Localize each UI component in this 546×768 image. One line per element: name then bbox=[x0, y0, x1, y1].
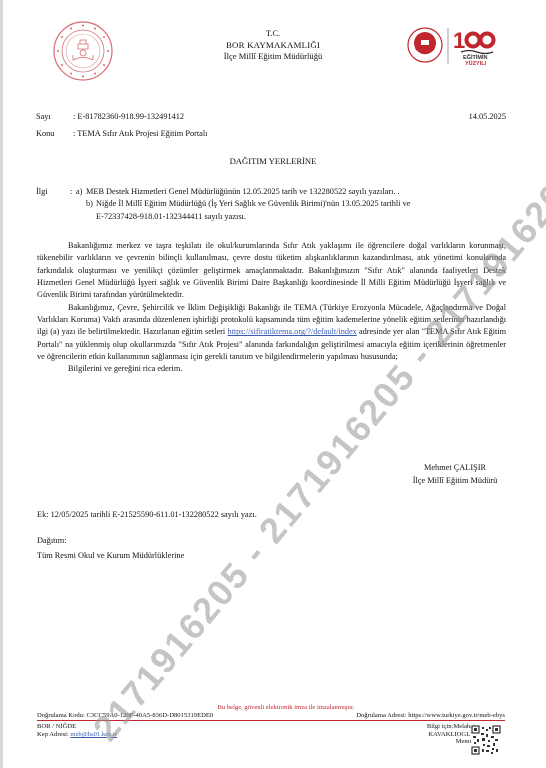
document-footer: Bu belge, güvenli elektronik imza ile im… bbox=[37, 704, 505, 738]
document-meta: Sayı : E-81782360-918.99-132491412 Konu … bbox=[36, 109, 506, 142]
ilgi-item-a: a) MEB Destek Hizmetleri Genel Müdürlüğü… bbox=[76, 186, 506, 198]
verification-address[interactable]: Doğrulama Adresi: https://www.turkiye.go… bbox=[356, 712, 505, 720]
ilgi-item-b: b) Niğde İl Millî Eğitim Müdürlüğü (İş Y… bbox=[86, 198, 506, 210]
document-date: 14.05.2025 bbox=[469, 109, 506, 126]
konu-value: : TEMA Sıfır Atık Projesi Eğitim Portalı bbox=[73, 126, 207, 143]
signatory-name: Mehmet ÇALIŞIR bbox=[360, 462, 546, 475]
distribution-label: Dağıtım: bbox=[37, 533, 184, 548]
konu-label: Konu bbox=[36, 126, 73, 143]
distribution-recipient: Tüm Resmi Okul ve Kurum Müdürlüklerine bbox=[37, 548, 184, 563]
ilgi-label: İlgi bbox=[36, 186, 48, 198]
signature-block: Mehmet ÇALIŞIR İlçe Millî Eğitim Müdürü bbox=[360, 462, 546, 487]
svg-text:EĞİTİMİN: EĞİTİMİN bbox=[463, 53, 487, 61]
distribution-title: DAĞITIM YERLERİNE bbox=[0, 156, 546, 166]
body-paragraph-3: Bilgilerini ve gereğini rica ederim. bbox=[37, 363, 506, 375]
verification-row: Doğrulama Kodu: C3CC59A0-120F-40A5-836D-… bbox=[37, 712, 505, 722]
contact-info-line-3: Memur bbox=[427, 738, 475, 746]
tema-portal-link[interactable]: https://sifiratiktema.org/?/default/inde… bbox=[227, 327, 356, 336]
page-edge bbox=[0, 0, 3, 768]
contact-info-line-2: KAVAKLIOGLU bbox=[427, 731, 475, 739]
ilgi-text-a: MEB Destek Hizmetleri Genel Müdürlüğünün… bbox=[86, 186, 400, 198]
sayi-value: : E-81782360-918.99-132491412 bbox=[73, 109, 184, 126]
verification-code: Doğrulama Kodu: C3CC59A0-120F-40A5-836D-… bbox=[37, 712, 213, 720]
body-paragraph-2: Bakanlığımız, Çevre, Şehircilik ve İklim… bbox=[37, 302, 506, 364]
ilgi-text-b: Niğde İl Millî Eğitim Müdürlüğü (İş Yeri… bbox=[96, 198, 410, 210]
ilgi-key-a: a) bbox=[76, 186, 86, 198]
qr-code-icon bbox=[471, 725, 501, 755]
sayi-label: Sayı bbox=[36, 109, 73, 126]
ilgi-colon: : bbox=[70, 186, 72, 198]
egitimin-yuzyili-100-logo-icon: 1 EĞİTİMİN YÜZYILI bbox=[405, 22, 505, 77]
ilgi-section: İlgi : a) MEB Destek Hizmetleri Genel Mü… bbox=[36, 186, 506, 223]
sayi-row: Sayı : E-81782360-918.99-132491412 bbox=[36, 109, 506, 126]
konu-row: Konu : TEMA Sıfır Atık Projesi Eğitim Po… bbox=[36, 126, 506, 143]
svg-text:YÜZYILI: YÜZYILI bbox=[465, 60, 487, 67]
secure-signature-notice: Bu belge, güvenli elektronik imza ile im… bbox=[67, 704, 505, 712]
letter-body: Bakanlığımız merkez ve taşra teşkilatı i… bbox=[37, 240, 506, 376]
attachment-line: Ek: 12/05/2025 tarihli E-21525590-611.01… bbox=[37, 510, 257, 519]
document-header: T.C. BOR KAYMAKAMLIĞI İlçe Millî Eğitim … bbox=[0, 0, 546, 100]
ilgi-text-b-continuation: E-72337428-918.01-132344411 sayılı yazıs… bbox=[96, 211, 506, 223]
footer-contact: BOR / NİĞDE Kep Adresi: meb@hs01.kep.tr … bbox=[37, 723, 505, 738]
signatory-title: İlçe Millî Eğitim Müdürü bbox=[360, 475, 546, 488]
kep-address-link[interactable]: meb@hs01.kep.tr bbox=[70, 731, 117, 738]
svg-text:1: 1 bbox=[453, 28, 465, 53]
kep-label: Kep Adresi: bbox=[37, 731, 70, 738]
ilgi-key-b: b) bbox=[86, 198, 96, 210]
distribution-section: Dağıtım: Tüm Resmi Okul ve Kurum Müdürlü… bbox=[37, 533, 184, 563]
body-paragraph-1: Bakanlığımız merkez ve taşra teşkilatı i… bbox=[37, 240, 506, 302]
contact-info-line-1: Bilgi için:Melahat bbox=[427, 723, 475, 731]
contact-info: Bilgi için:Melahat KAVAKLIOGLU Memur bbox=[427, 723, 475, 746]
